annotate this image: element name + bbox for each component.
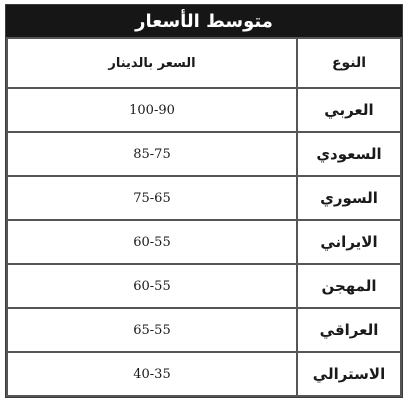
type-cell: الايراني — [297, 220, 401, 264]
type-cell: المهجن — [297, 264, 401, 308]
price-cell: 60-55 — [7, 264, 297, 308]
table-row: المهجن 60-55 — [7, 264, 401, 308]
price-cell: 100-90 — [7, 88, 297, 132]
price-cell: 65-55 — [7, 308, 297, 352]
prices-table: النوع السعر بالدينار العربي 100-90 السعو… — [6, 37, 402, 397]
price-cell: 85-75 — [7, 132, 297, 176]
header-type-cell: النوع — [297, 38, 401, 88]
table-row: العربي 100-90 — [7, 88, 401, 132]
type-cell: الاسترالي — [297, 352, 401, 396]
price-cell: 60-55 — [7, 220, 297, 264]
table-row: العراقي 65-55 — [7, 308, 401, 352]
price-cell: 40-35 — [7, 352, 297, 396]
table-row: الايراني 60-55 — [7, 220, 401, 264]
type-cell: العربي — [297, 88, 401, 132]
price-table-frame: متوسط الأسعار النوع السعر بالدينار العرب… — [5, 4, 403, 398]
table-row: الاسترالي 40-35 — [7, 352, 401, 396]
header-price-cell: السعر بالدينار — [7, 38, 297, 88]
type-cell: السعودي — [297, 132, 401, 176]
table-row: السوري 75-65 — [7, 176, 401, 220]
table-row: السعودي 85-75 — [7, 132, 401, 176]
header-row: النوع السعر بالدينار — [7, 38, 401, 88]
price-cell: 75-65 — [7, 176, 297, 220]
type-cell: السوري — [297, 176, 401, 220]
type-cell: العراقي — [297, 308, 401, 352]
page: { "table": { "title": "متوسط الأسعار", "… — [0, 0, 410, 417]
table-title: متوسط الأسعار — [6, 5, 402, 37]
